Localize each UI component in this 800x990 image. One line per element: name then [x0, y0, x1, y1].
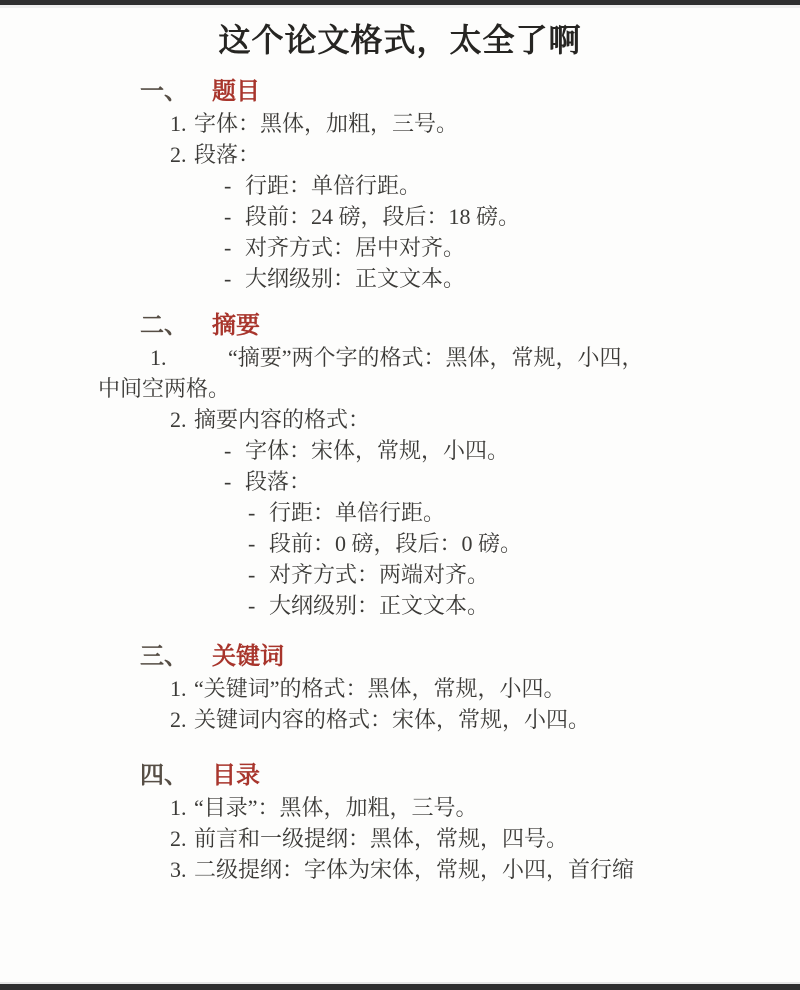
list-item: -段落： [0, 466, 800, 497]
section-heading: 四、目录 [0, 760, 800, 792]
list-item: 1.“摘要”两个字的格式：黑体，常规，小四， [0, 342, 800, 373]
list-marker: 2. [170, 139, 194, 170]
list-item: 3.二级提纲：字体为宋体，常规，小四，首行缩 [0, 854, 800, 885]
list-item: 1.“关键词”的格式：黑体，常规，小四。 [0, 673, 800, 704]
list-marker: 1. [170, 673, 194, 704]
dash-marker: - [224, 466, 245, 497]
list-item-text: 中间空两格。 [98, 376, 230, 401]
top-border-bar [0, 0, 800, 8]
list-item-text: “关键词”的格式：黑体，常规，小四。 [194, 676, 566, 701]
list-item-text: 对齐方式：居中对齐。 [245, 235, 465, 260]
list-item: -行距：单倍行距。 [0, 497, 800, 528]
dash-marker: - [248, 528, 269, 559]
list-item: 2.关键词内容的格式：宋体，常规，小四。 [0, 704, 800, 735]
bottom-border-bar [0, 982, 800, 990]
list-item-continuation: 中间空两格。 [0, 373, 800, 404]
list-marker: 2. [170, 404, 194, 435]
list-item-text: 段落： [194, 142, 260, 167]
section-title: 题目 [212, 79, 260, 105]
section-title: 目录 [212, 763, 260, 789]
dash-marker: - [224, 201, 245, 232]
section-number: 四、 [140, 763, 188, 789]
section-mulu: 四、目录 1.“目录”：黑体，加粗，三号。 2.前言和一级提纲：黑体，常规，四号… [0, 760, 800, 885]
dash-marker: - [248, 497, 269, 528]
list-item: 2.摘要内容的格式： [0, 404, 800, 435]
section-title: 关键词 [212, 644, 284, 670]
section-number: 三、 [140, 644, 188, 670]
dash-marker: - [248, 590, 269, 621]
list-item: 1.“目录”：黑体，加粗，三号。 [0, 792, 800, 823]
list-item-text: 行距：单倍行距。 [245, 173, 421, 198]
section-heading: 一、题目 [0, 76, 800, 108]
dash-marker: - [224, 263, 245, 294]
list-marker: 3. [170, 854, 194, 885]
list-item: 2.段落： [0, 139, 800, 170]
list-item-text: 字体：黑体，加粗，三号。 [194, 111, 458, 136]
list-item-text: 前言和一级提纲：黑体，常规，四号。 [194, 826, 568, 851]
list-marker: 1. [150, 342, 228, 373]
dash-marker: - [224, 232, 245, 263]
page-title: 这个论文格式，太全了啊 [0, 20, 800, 60]
list-marker: 1. [170, 792, 194, 823]
dash-marker: - [248, 559, 269, 590]
list-item-text: 对齐方式：两端对齐。 [269, 562, 489, 587]
list-item-text: “摘要”两个字的格式：黑体，常规，小四， [228, 345, 644, 370]
list-item-text: 段落： [245, 469, 311, 494]
list-item-text: 段前：24 磅，段后：18 磅。 [245, 204, 520, 229]
list-item-text: 行距：单倍行距。 [269, 500, 445, 525]
list-item-text: 字体：宋体，常规，小四。 [245, 438, 509, 463]
list-item: -对齐方式：居中对齐。 [0, 232, 800, 263]
list-item: -大纲级别：正文文本。 [0, 590, 800, 621]
list-item: -段前：0 磅，段后：0 磅。 [0, 528, 800, 559]
list-item: -段前：24 磅，段后：18 磅。 [0, 201, 800, 232]
list-item-text: 段前：0 磅，段后：0 磅。 [269, 531, 522, 556]
section-guanjianci: 三、关键词 1.“关键词”的格式：黑体，常规，小四。 2.关键词内容的格式：宋体… [0, 641, 800, 735]
section-heading: 二、摘要 [0, 310, 800, 342]
document-body: 一、题目 1.字体：黑体，加粗，三号。 2.段落： -行距：单倍行距。 -段前：… [0, 76, 800, 885]
section-heading: 三、关键词 [0, 641, 800, 673]
section-number: 一、 [140, 79, 188, 105]
list-marker: 2. [170, 704, 194, 735]
list-item: -大纲级别：正文文本。 [0, 263, 800, 294]
section-number: 二、 [140, 313, 188, 339]
list-item-text: 大纲级别：正文文本。 [269, 593, 489, 618]
section-title: 摘要 [212, 313, 260, 339]
list-item: -对齐方式：两端对齐。 [0, 559, 800, 590]
list-item: -字体：宋体，常规，小四。 [0, 435, 800, 466]
list-item-text: 关键词内容的格式：宋体，常规，小四。 [194, 707, 590, 732]
dash-marker: - [224, 435, 245, 466]
list-item: 1.字体：黑体，加粗，三号。 [0, 108, 800, 139]
list-item-text: “目录”：黑体，加粗，三号。 [194, 795, 478, 820]
dash-marker: - [224, 170, 245, 201]
list-item: 2.前言和一级提纲：黑体，常规，四号。 [0, 823, 800, 854]
document-photo-page: { "page": { "title": "这个论文格式，太全了啊" }, "c… [0, 0, 800, 990]
section-timu: 一、题目 1.字体：黑体，加粗，三号。 2.段落： -行距：单倍行距。 -段前：… [0, 76, 800, 294]
list-item: -行距：单倍行距。 [0, 170, 800, 201]
list-marker: 1. [170, 108, 194, 139]
section-zhaiyao: 二、摘要 1.“摘要”两个字的格式：黑体，常规，小四， 中间空两格。 2.摘要内… [0, 310, 800, 621]
list-item-text: 二级提纲：字体为宋体，常规，小四，首行缩 [194, 857, 634, 882]
list-marker: 2. [170, 823, 194, 854]
list-item-text: 摘要内容的格式： [194, 407, 370, 432]
list-item-text: 大纲级别：正文文本。 [245, 266, 465, 291]
